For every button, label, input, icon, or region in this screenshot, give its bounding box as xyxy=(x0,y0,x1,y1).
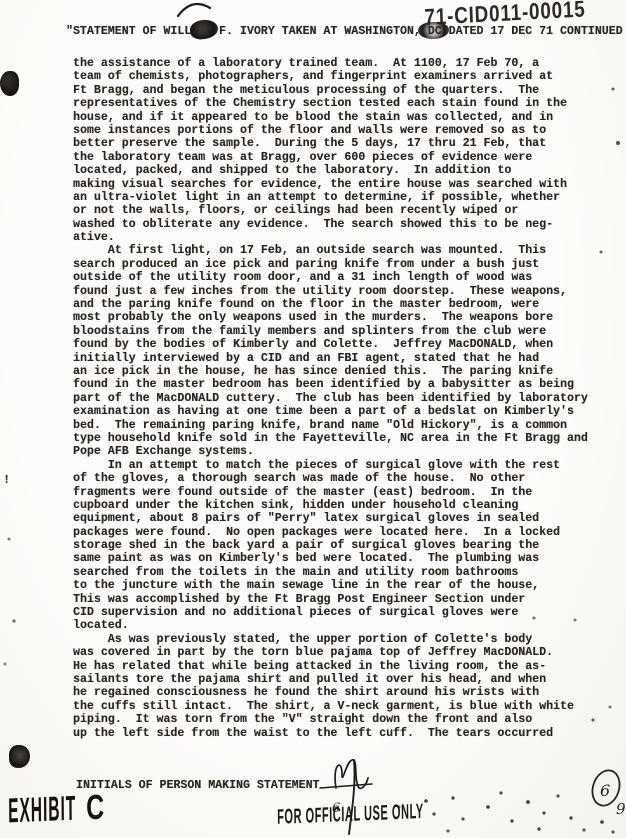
text-line: Pope AFB Exchange systems. xyxy=(73,445,588,458)
text-line: the laboratory team was at Bragg, over 6… xyxy=(73,151,588,164)
exhibit-stamp: EXHIBITC xyxy=(8,787,99,831)
text-line: same paint as was on Kimberly's bed were… xyxy=(73,552,588,565)
text-line: sailants tore the pajama shirt and pulle… xyxy=(73,673,588,686)
text-line: washed to obliterate any evidence. The s… xyxy=(73,218,588,231)
text-line: type household knife sold in the Fayette… xyxy=(73,432,588,445)
text-line: was covered in part by the torn blue paj… xyxy=(73,646,588,659)
text-line: and the paring knife found on the floor … xyxy=(73,298,588,311)
circled-page-number: 6 9 xyxy=(588,766,626,824)
text-line: the cuffs still intact. The shirt, a V-n… xyxy=(73,700,588,713)
text-line: bed. The remaining paring knife, brand n… xyxy=(73,419,588,432)
text-line: initially interviewed by a CID and an FB… xyxy=(73,352,588,365)
handwritten-six: 6 xyxy=(332,801,340,816)
text-line: found just a few inches from the utility… xyxy=(73,285,588,298)
initials-label: INITIALS OF PERSON MAKING STATEMENT xyxy=(76,779,320,792)
text-line: ative. xyxy=(73,231,588,244)
paragraph: At first light, on 17 Feb, an outside se… xyxy=(73,244,588,458)
text-line: some instances portions of the floor and… xyxy=(73,124,588,137)
text-line: he regained consciousness he found the s… xyxy=(73,686,588,699)
noise-speckles xyxy=(0,0,2,2)
page-number-six: 6 xyxy=(600,781,610,800)
text-line: the assistance of a laboratory trained t… xyxy=(73,57,588,70)
text-line: house, and if it appeared to be blood th… xyxy=(73,111,588,124)
text-line: cupboard under the kitchen sink, hidden … xyxy=(73,499,588,512)
text-line: team of chemists, photographers, and fin… xyxy=(73,70,588,83)
text-line: packages were found. No open packages we… xyxy=(73,526,588,539)
text-line: an ice pick in the house, he has since d… xyxy=(73,365,588,378)
text-line: better preserve the sample. During the 5… xyxy=(73,137,588,150)
exhibit-word: EXHIBIT xyxy=(8,788,76,830)
text-line: found in the master bedroom has been ide… xyxy=(73,378,588,391)
paragraph: In an attempt to match the pieces of sur… xyxy=(73,459,588,633)
text-line: located, packed, and shipped to the labo… xyxy=(73,164,588,177)
text-line: storage shed in the back yard a pair of … xyxy=(73,539,588,552)
text-line: searched from the toilets in the main an… xyxy=(73,566,588,579)
paragraph: the assistance of a laboratory trained t… xyxy=(73,57,588,244)
paragraph: As was previously stated, the upper port… xyxy=(73,633,588,740)
text-line: fragments were found outside of the mast… xyxy=(73,486,588,499)
text-line: At first light, on 17 Feb, an outside se… xyxy=(73,244,588,257)
scanned-statement-page: "STATEMENT OF WILLIAM F. IVORY TAKEN AT … xyxy=(0,0,626,838)
text-line: examination as having at one time been a… xyxy=(73,405,588,418)
exhibit-letter: C xyxy=(86,787,106,828)
text-line: bloodstains from the family members and … xyxy=(73,325,588,338)
statement-body: the assistance of a laboratory trained t… xyxy=(73,57,588,740)
text-line: equipment, about 8 pairs of "Perry" late… xyxy=(73,512,588,525)
text-line: representatives of the Chemistry section… xyxy=(73,97,588,110)
text-line: As was previously stated, the upper port… xyxy=(73,633,588,646)
ink-blob-left-margin-bottom xyxy=(9,745,30,768)
text-line: He has related that while being attacked… xyxy=(73,660,588,673)
text-line: an ultra-violet light in an attempt to d… xyxy=(73,191,588,204)
header-statement-line: "STATEMENT OF WILLIAM F. IVORY TAKEN AT … xyxy=(66,25,623,38)
text-line: Ft Bragg, and began the meticulous proce… xyxy=(73,84,588,97)
text-line: up the left side from the waist to the l… xyxy=(73,727,588,740)
text-line: located. xyxy=(73,619,588,632)
text-line: of the gloves, a thorough search was mad… xyxy=(73,472,588,485)
text-line: to the juncture with the main sewage lin… xyxy=(73,579,588,592)
margin-exclamation: ! xyxy=(3,473,10,487)
text-line: making visual searches for evidence, the… xyxy=(73,178,588,191)
text-line: outside of the utility room door, and a … xyxy=(73,271,588,284)
text-line: or not the walls, floors, or ceilings ha… xyxy=(73,204,588,217)
text-line: This was accomplished by the Ft Bragg Po… xyxy=(73,593,588,606)
pen-curve-mark xyxy=(176,0,214,20)
text-line: search produced an ice pick and paring k… xyxy=(73,258,588,271)
text-line: CID supervision and no additional pieces… xyxy=(73,606,588,619)
text-line: found by the bodies of Kimberly and Cole… xyxy=(73,338,588,351)
ink-blob-left-margin-top xyxy=(0,71,19,96)
text-line: piping. It was torn from the "V" straigh… xyxy=(73,713,588,726)
signature-initials: 6 xyxy=(318,756,382,838)
text-line: In an attempt to match the pieces of sur… xyxy=(73,459,588,472)
text-line: most probably the only weapons used in t… xyxy=(73,311,588,324)
page-number-nine: 9 xyxy=(616,800,626,818)
text-line: part of the MacDONALD cuttery. The club … xyxy=(73,392,588,405)
